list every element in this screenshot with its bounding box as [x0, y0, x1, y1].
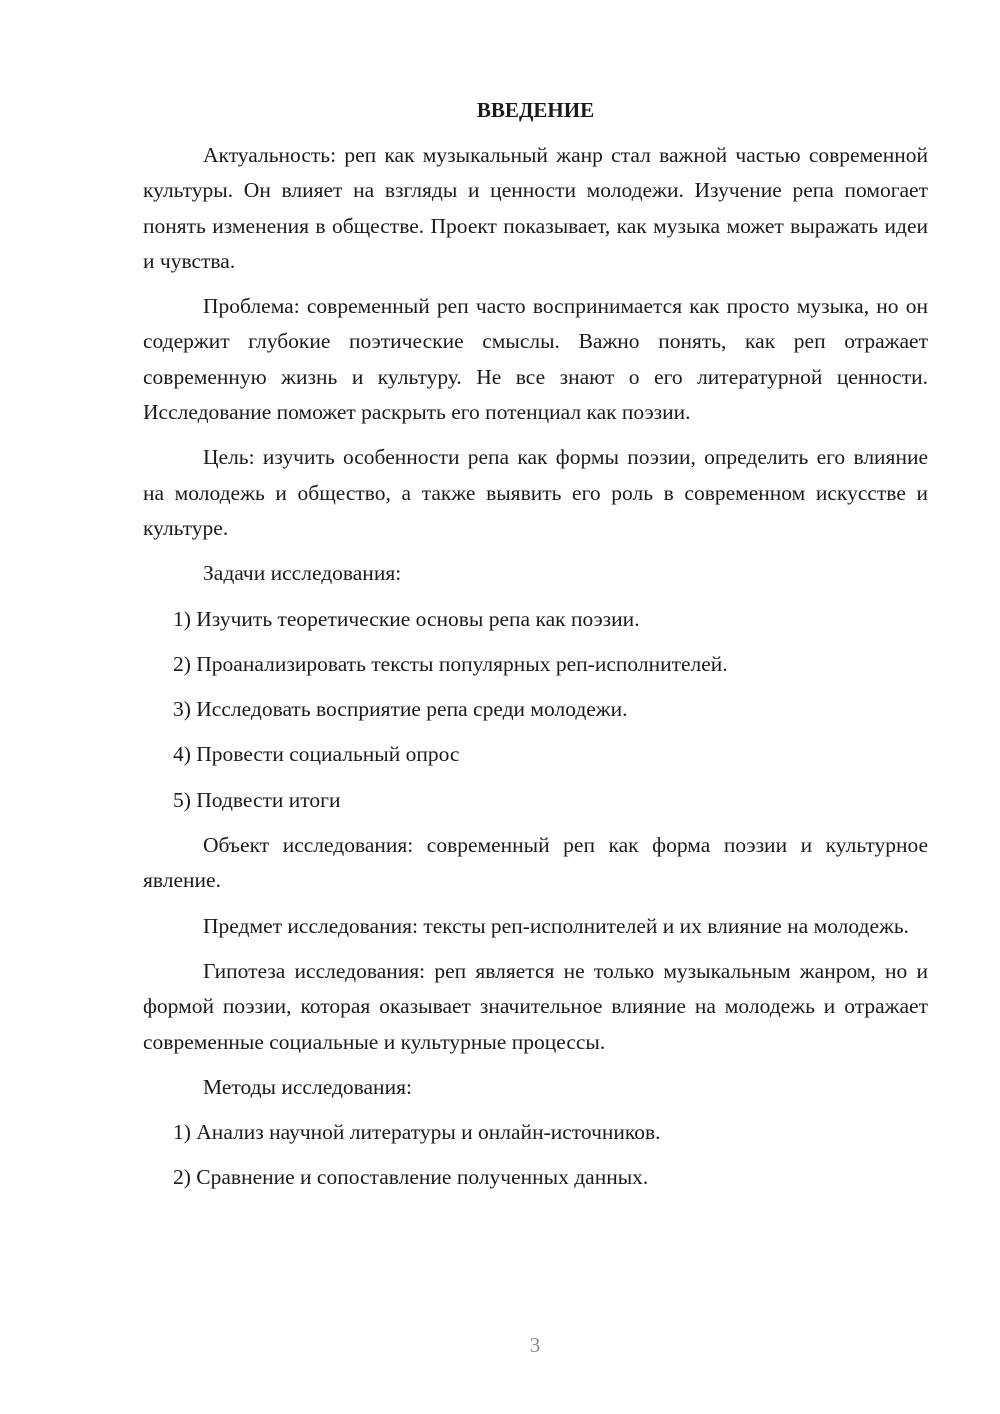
methods-heading: Методы исследования: [143, 1070, 928, 1105]
tasks-heading: Задачи исследования: [143, 556, 928, 591]
goal-paragraph: Цель: изучить особенности репа как формы… [143, 440, 928, 546]
page-number: 3 [0, 1333, 1000, 1358]
object-paragraph: Объект исследования: современный реп как… [143, 828, 928, 899]
method-item: 2) Сравнение и сопоставление полученных … [143, 1160, 928, 1195]
task-item: 5) Подвести итоги [143, 783, 928, 818]
document-page: ВВЕДЕНИЕ Актуальность: реп как музыкальн… [0, 0, 1000, 1414]
task-item: 3) Исследовать восприятие репа среди мол… [143, 692, 928, 727]
task-item: 2) Проанализировать тексты популярных ре… [143, 647, 928, 682]
methods-list: 1) Анализ научной литературы и онлайн-ис… [143, 1115, 928, 1196]
relevance-paragraph: Актуальность: реп как музыкальный жанр с… [143, 138, 928, 279]
method-item: 1) Анализ научной литературы и онлайн-ис… [143, 1115, 928, 1150]
hypothesis-paragraph: Гипотеза исследования: реп является не т… [143, 954, 928, 1060]
subject-paragraph: Предмет исследования: тексты реп-исполни… [143, 909, 928, 944]
page-content: ВВЕДЕНИЕ Актуальность: реп как музыкальн… [143, 95, 928, 1206]
task-item: 1) Изучить теоретические основы репа как… [143, 602, 928, 637]
section-title: ВВЕДЕНИЕ [143, 95, 928, 125]
problem-paragraph: Проблема: современный реп часто восприни… [143, 289, 928, 430]
task-item: 4) Провести социальный опрос [143, 737, 928, 772]
tasks-list: 1) Изучить теоретические основы репа как… [143, 602, 928, 818]
